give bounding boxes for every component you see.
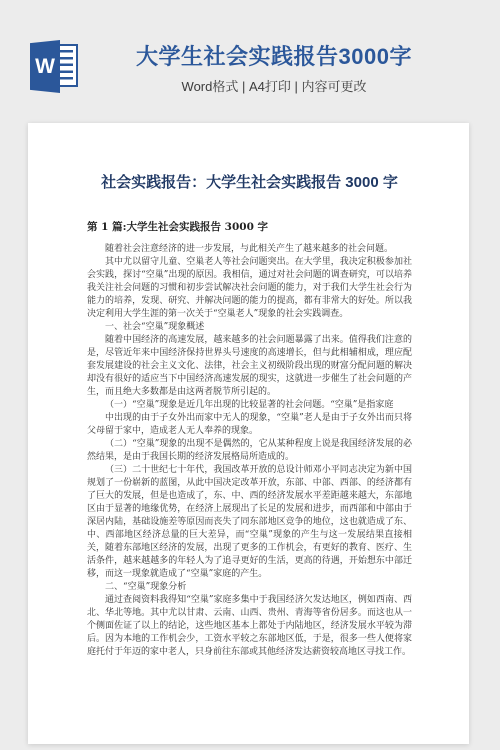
doc-paragraph: 其中尤以留守儿童、空巢老人等社会问题突出。在大学里，我决定积极参加社会实践，探讨… — [87, 256, 412, 321]
document-preview-page: 社会实践报告：大学生社会实践报告 3000 字 第 1 篇:大学生社会实践报告 … — [28, 123, 469, 744]
page-title: 大学生社会实践报告3000字 — [48, 42, 500, 72]
document-section-heading: 第 1 篇:大学生社会实践报告 3000 字 — [87, 220, 412, 234]
doc-paragraph: （三）二十世纪七十年代，我国改革开放的总设计师邓小平同志决定为新中国规划了一份崭… — [87, 464, 412, 581]
doc-paragraph: 中出现的由于子女外出而家中无人的现象，“空巢”老人是由于子女外出而只将父母留于家… — [87, 412, 412, 438]
doc-paragraph: （一）“空巢”现象是近几年出现的比较显著的社会问题。“空巢”是指家庭 — [87, 399, 412, 412]
doc-paragraphs: 随着社会注意经济的进一步发展，与此相关产生了越来越多的社会问题。其中尤以留守儿童… — [87, 243, 412, 659]
document-content: 社会实践报告：大学生社会实践报告 3000 字 第 1 篇:大学生社会实践报告 … — [28, 123, 469, 659]
doc-paragraph: 一、社会“空巢”现象概述 — [87, 321, 412, 334]
header-text: 大学生社会实践报告3000字 Word格式 | A4打印 | 内容可更改 — [48, 42, 500, 97]
doc-paragraph: 通过查阅资料我得知“空巢”家庭多集中于我国经济欠发达地区，例如西南、西北、华北等… — [87, 594, 412, 659]
document-title: 社会实践报告：大学生社会实践报告 3000 字 — [87, 173, 412, 193]
word-logo-icon: W — [30, 40, 78, 93]
page-subtitle: Word格式 | A4打印 | 内容可更改 — [48, 77, 500, 97]
word-icon-letter: W — [35, 55, 55, 79]
header: W 大学生社会实践报告3000字 Word格式 | A4打印 | 内容可更改 — [0, 38, 500, 108]
doc-paragraph: 随着中国经济的高速发展，越来越多的社会问题暴露了出来。值得我们注意的是，尽管近年… — [87, 334, 412, 399]
word-icon-cover: W — [30, 40, 60, 93]
doc-paragraph: 二、“空巢”现象分析 — [87, 581, 412, 594]
doc-paragraph: 随着社会注意经济的进一步发展，与此相关产生了越来越多的社会问题。 — [87, 243, 412, 256]
document-body: 第 1 篇:大学生社会实践报告 3000 字 随着社会注意经济的进一步发展，与此… — [87, 220, 412, 659]
doc-paragraph: （二）“空巢”现象的出现不是偶然的，它从某种程度上说是我国经济发展的必然结果，是… — [87, 438, 412, 464]
